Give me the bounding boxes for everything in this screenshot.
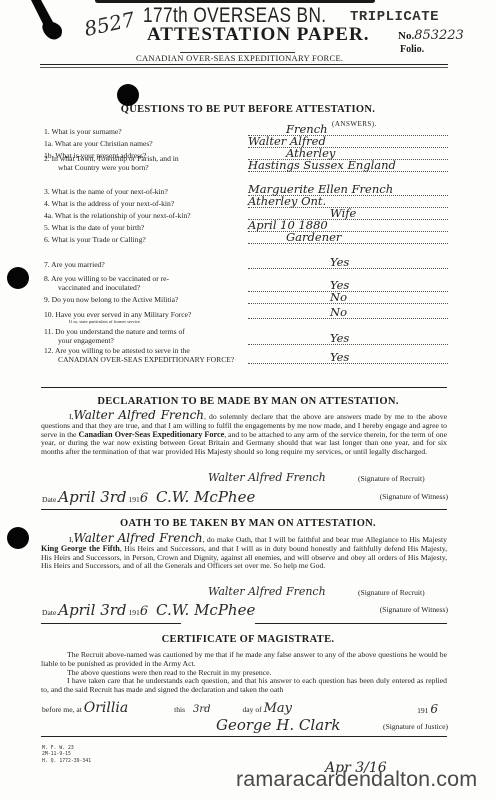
question-text: 6. What is your Trade or Calling? <box>44 235 240 244</box>
answer-field: Hastings Sussex England <box>248 162 448 172</box>
question-text: 4a. What is the relationship of your nex… <box>44 211 240 220</box>
divider <box>255 623 447 624</box>
date-label: Date <box>42 495 56 504</box>
declaration-heading: DECLARATION TO BE MADE BY MAN ON ATTESTA… <box>0 396 496 407</box>
divider <box>41 509 447 510</box>
before-me-label: before me, at <box>42 705 82 714</box>
question-text: 11. Do you understand the nature and ter… <box>44 327 240 336</box>
regimental-number: No.853223 <box>398 28 464 43</box>
answer-handwritten: Atherley Ont. <box>248 194 326 208</box>
year-suffix: 6 <box>140 491 148 506</box>
answer-handwritten: Yes <box>330 331 349 345</box>
answer-field: April 10 1880 <box>248 222 448 232</box>
divider <box>41 623 181 624</box>
divider <box>40 64 448 68</box>
question-text-cont: CANADIAN OVER-SEAS EXPEDITIONARY FORCE? <box>44 355 240 364</box>
date-value: April 3rd <box>58 601 126 619</box>
question-text-cont: what Country were you born? <box>44 163 240 172</box>
question-text-cont: vaccinated and inoculated? <box>44 283 240 292</box>
question-note: If so, state particulars of former servi… <box>44 319 240 324</box>
question-2: 1a. What are your Christian names? <box>44 139 240 148</box>
declaration-i: I, <box>41 412 73 421</box>
divider <box>41 387 447 388</box>
question-9: 6. What is your Trade or Calling? <box>44 235 240 244</box>
question-7: 4a. What is the relationship of your nex… <box>44 211 240 220</box>
question-text: 1. What is your surname? <box>44 127 240 136</box>
year-prefix: 191 <box>128 495 139 504</box>
certificate-para-3: I have taken care that he understands ea… <box>41 677 447 695</box>
witness-signature-label: (Signature of Witness) <box>380 605 448 614</box>
question-text: 2. In what Town, Township or Parish, and… <box>44 154 240 163</box>
year-prefix: 191 <box>128 608 139 617</box>
divider <box>41 736 447 737</box>
certificate-para-1: The Recruit above-named was cautioned by… <box>41 651 447 669</box>
recruit-signature: Walter Alfred French <box>208 471 326 484</box>
justice-signature-row: George H. Clark (Signature of Justice) <box>216 716 448 734</box>
answer-handwritten: No <box>330 290 347 304</box>
recruit-signature: Walter Alfred French <box>208 585 326 598</box>
punch-hole <box>7 527 29 549</box>
punch-hole <box>117 84 139 106</box>
question-text-cont: your engagement? <box>44 336 240 345</box>
question-5: 3. What is the name of your next-of-kin? <box>44 187 240 196</box>
king-name-bold: King George the Fifth <box>41 544 120 553</box>
form-codes: M. F. W. 23 2M-11-9-15 H. Q. 1772-39-341 <box>42 746 91 765</box>
question-11: 8. Are you willing to be vaccinated or r… <box>44 274 240 293</box>
question-14: 11. Do you understand the nature and ter… <box>44 327 240 346</box>
declaration-text: I,Walter Alfred French, do solemnly decl… <box>41 411 447 457</box>
answer-handwritten: Gardener <box>286 230 341 244</box>
answer-handwritten: Hastings Sussex England <box>248 158 396 172</box>
regimental-number-value: 853223 <box>414 28 464 43</box>
punch-hole <box>7 267 29 289</box>
page-title: ATTESTATION PAPER. <box>147 24 369 46</box>
regimental-number-label: No. <box>398 30 414 42</box>
handwritten-file-number: 8527 <box>82 7 137 41</box>
question-text: 5. What is the date of your birth? <box>44 223 240 232</box>
questions-heading: QUESTIONS TO BE PUT BEFORE ATTESTATION. <box>0 104 496 115</box>
date-label: Date <box>42 608 56 617</box>
scan-edge-mark <box>95 0 375 3</box>
day-value: 3rd <box>193 704 211 715</box>
witness-signature: C.W. McPhee <box>156 601 255 619</box>
this-label: this <box>174 705 185 714</box>
witness-signature: C.W. McPhee <box>156 488 255 506</box>
answer-field: No <box>248 294 448 304</box>
question-12: 9. Do you now belong to the Active Milit… <box>44 295 240 304</box>
place-value: Orillia <box>84 700 128 716</box>
answer-field: Yes <box>248 335 448 345</box>
oath-i: I, <box>41 535 73 544</box>
answer-field: Walter Alfred <box>248 138 448 148</box>
watermark: ramaracardendalton.com <box>236 767 477 792</box>
certificate-place-row: before me, at Orillia this 3rd day of Ma… <box>42 700 448 716</box>
answer-field: Yes <box>248 282 448 292</box>
certificate-heading: CERTIFICATE OF MAGISTRATE. <box>0 634 496 645</box>
answer-field: Gardener <box>248 234 448 244</box>
answer-field: Yes <box>248 354 448 364</box>
answer-field: No <box>248 309 448 319</box>
question-text: 8. Are you willing to be vaccinated or r… <box>44 274 240 283</box>
answer-field: Yes <box>248 259 448 269</box>
recruit-signature-label: (Signature of Recruit) <box>358 474 425 483</box>
question-8: 5. What is the date of your birth? <box>44 223 240 232</box>
question-15: 12. Are you willing to be attested to se… <box>44 346 240 365</box>
oath-recruit-signature: Walter Alfred French (Signature of Recru… <box>208 585 326 598</box>
justice-signature: George H. Clark <box>216 716 340 734</box>
declaration-date-row: Date April 3rd 1916 C.W. McPhee (Signatu… <box>42 488 448 506</box>
oath-text: I,Walter Alfred French, do make Oath, th… <box>41 534 447 571</box>
witness-signature-label: (Signature of Witness) <box>380 492 448 501</box>
answer-handwritten: Yes <box>330 255 349 269</box>
ink-blot <box>25 0 75 40</box>
answer-handwritten: No <box>330 305 347 319</box>
question-text: 10. Have you ever served in any Military… <box>44 310 240 319</box>
question-13: 10. Have you ever served in any Military… <box>44 310 240 324</box>
oath-body-1: , do make Oath, that I will be faithful … <box>203 535 447 544</box>
answer-handwritten: Yes <box>330 350 349 364</box>
recruit-signature-label: (Signature of Recruit) <box>358 588 425 597</box>
force-name-bold: Canadian Over-Seas Expeditionary Force <box>78 430 224 439</box>
folio-label: Folio. <box>400 44 424 55</box>
day-of-label: day of <box>242 705 261 714</box>
force-subtitle: CANADIAN OVER-SEAS EXPEDITIONARY FORCE. <box>136 53 343 63</box>
question-text: 3. What is the name of your next-of-kin? <box>44 187 240 196</box>
month-value: May <box>264 701 292 716</box>
question-text: 1a. What are your Christian names? <box>44 139 240 148</box>
declaration-recruit-signature: Walter Alfred French (Signature of Recru… <box>208 471 326 484</box>
year-prefix: 191 <box>417 706 428 715</box>
copy-stamp: TRIPLICATE <box>350 9 439 25</box>
year-suffix: 6 <box>140 604 148 619</box>
question-1: 1. What is your surname? <box>44 127 240 136</box>
question-text: 12. Are you willing to be attested to se… <box>44 346 240 355</box>
year-suffix: 6 <box>430 702 438 716</box>
oath-date-row: Date April 3rd 1916 C.W. McPhee (Signatu… <box>42 601 448 619</box>
form-code: H. Q. 1772-39-341 <box>42 759 91 765</box>
answer-handwritten: Wife <box>330 206 356 220</box>
question-4: 2. In what Town, Township or Parish, and… <box>44 154 240 173</box>
question-text: 4. What is the address of your next-of-k… <box>44 199 240 208</box>
question-text: 7. Are you married? <box>44 260 240 269</box>
question-10: 7. Are you married? <box>44 260 240 269</box>
question-6: 4. What is the address of your next-of-k… <box>44 199 240 208</box>
date-value: April 3rd <box>58 488 126 506</box>
justice-signature-label: (Signature of Justice) <box>383 722 448 731</box>
oath-heading: OATH TO BE TAKEN BY MAN ON ATTESTATION. <box>0 518 496 529</box>
certificate-text: The Recruit above-named was cautioned by… <box>41 651 447 695</box>
question-text: 9. Do you now belong to the Active Milit… <box>44 295 240 304</box>
